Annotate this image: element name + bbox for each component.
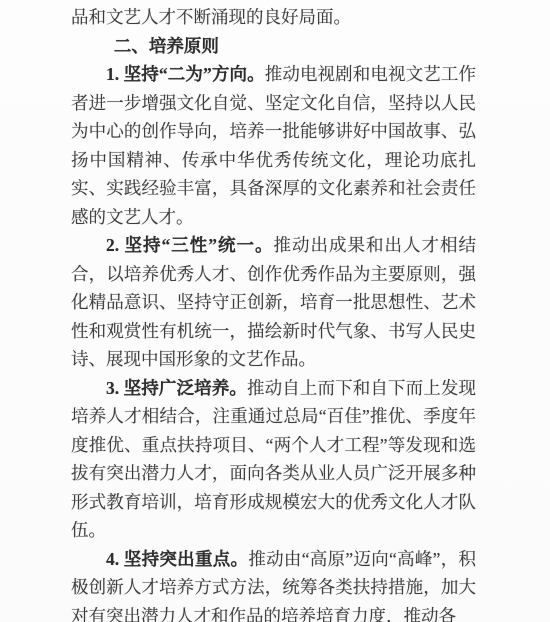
paragraph-3-body: 推动自上而下和自下而上发现培养人才相结合，注重通过总局“百佳”推优、季度年度推优…: [71, 378, 476, 541]
section-heading: 二、培养原则: [71, 32, 476, 61]
paragraph-2: 2. 坚持“三性”统一。推动出成果和出人才相结合，以培养优秀人才、创作优秀作品为…: [71, 231, 476, 374]
paragraph-4-lead: 4. 坚持突出重点。: [106, 549, 248, 569]
document-text-block: 品和文艺人才不断涌现的良好局面。 二、培养原则 1. 坚持“二为”方向。推动电视…: [71, 3, 476, 622]
paragraph-3: 3. 坚持广泛培养。推动自上而下和自下而上发现培养人才相结合，注重通过总局“百佳…: [71, 374, 476, 545]
paragraph-2-body: 推动出成果和出人才相结合，以培养优秀人才、创作优秀作品为主要原则，强化精品意识、…: [71, 235, 476, 369]
paragraph-2-lead: 2. 坚持“三性”统一。: [106, 235, 274, 255]
paragraph-3-lead: 3. 坚持广泛培养。: [106, 378, 247, 398]
paragraph-1-body: 推动电视剧和电视文艺工作者进一步增强文化自觉、坚定文化自信，坚持以人民为中心的创…: [71, 64, 476, 227]
paragraph-1: 1. 坚持“二为”方向。推动电视剧和电视文艺工作者进一步增强文化自觉、坚定文化自…: [71, 60, 476, 231]
paragraph-1-lead: 1. 坚持“二为”方向。: [106, 64, 265, 84]
paragraph-4: 4. 坚持突出重点。推动由“高原”迈向“高峰”，积极创新人才培养方式方法，统筹各…: [71, 545, 476, 622]
document-page: 品和文艺人才不断涌现的良好局面。 二、培养原则 1. 坚持“二为”方向。推动电视…: [0, 0, 550, 622]
paragraph-continuation: 品和文艺人才不断涌现的良好局面。: [71, 3, 476, 32]
